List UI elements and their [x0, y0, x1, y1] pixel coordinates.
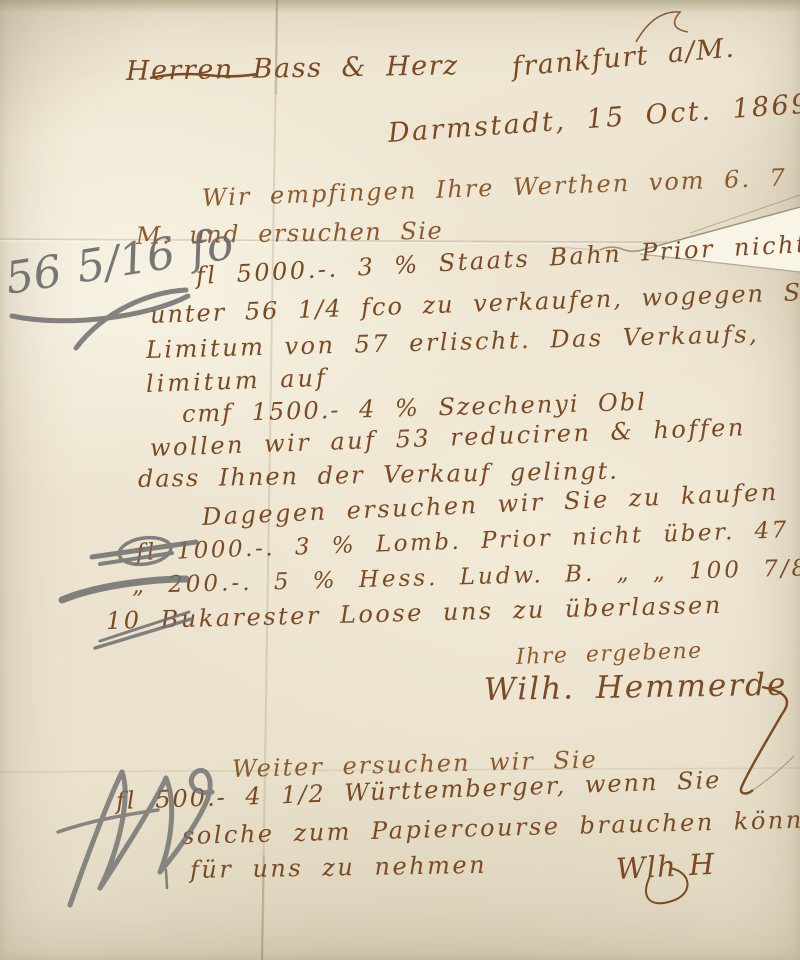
- postscript-initials: Wlh H: [615, 847, 716, 886]
- valediction: Ihre ergebene: [516, 638, 704, 670]
- body-line-6: limitum auf: [146, 364, 329, 398]
- pencil-margin-price: 56 5/16 fo: [2, 218, 237, 304]
- body-line-13: 10 Bukarester Loose uns zu überlassen: [106, 591, 723, 635]
- letter-scan: Herren Bass & Herz frankfurt a/M. Darmst…: [0, 0, 800, 960]
- city-line: frankfurt a/M.: [511, 33, 737, 83]
- body-line-5: Limitum von 57 erlischt. Das Verkaufs,: [146, 320, 760, 364]
- signature: Wilh. Hemmerde: [484, 667, 788, 708]
- body-line-1: Wir empfingen Ihre Werthen vom 6. 7 d: [202, 162, 800, 212]
- postscript-line-3: solche zum Papiercourse brauchen können: [182, 805, 800, 850]
- postscript-line-4: für uns zu nehmen: [190, 851, 488, 884]
- dateline: Darmstadt, 15 Oct. 1869.: [387, 88, 800, 149]
- recipient-line: Herren Bass & Herz: [126, 50, 459, 87]
